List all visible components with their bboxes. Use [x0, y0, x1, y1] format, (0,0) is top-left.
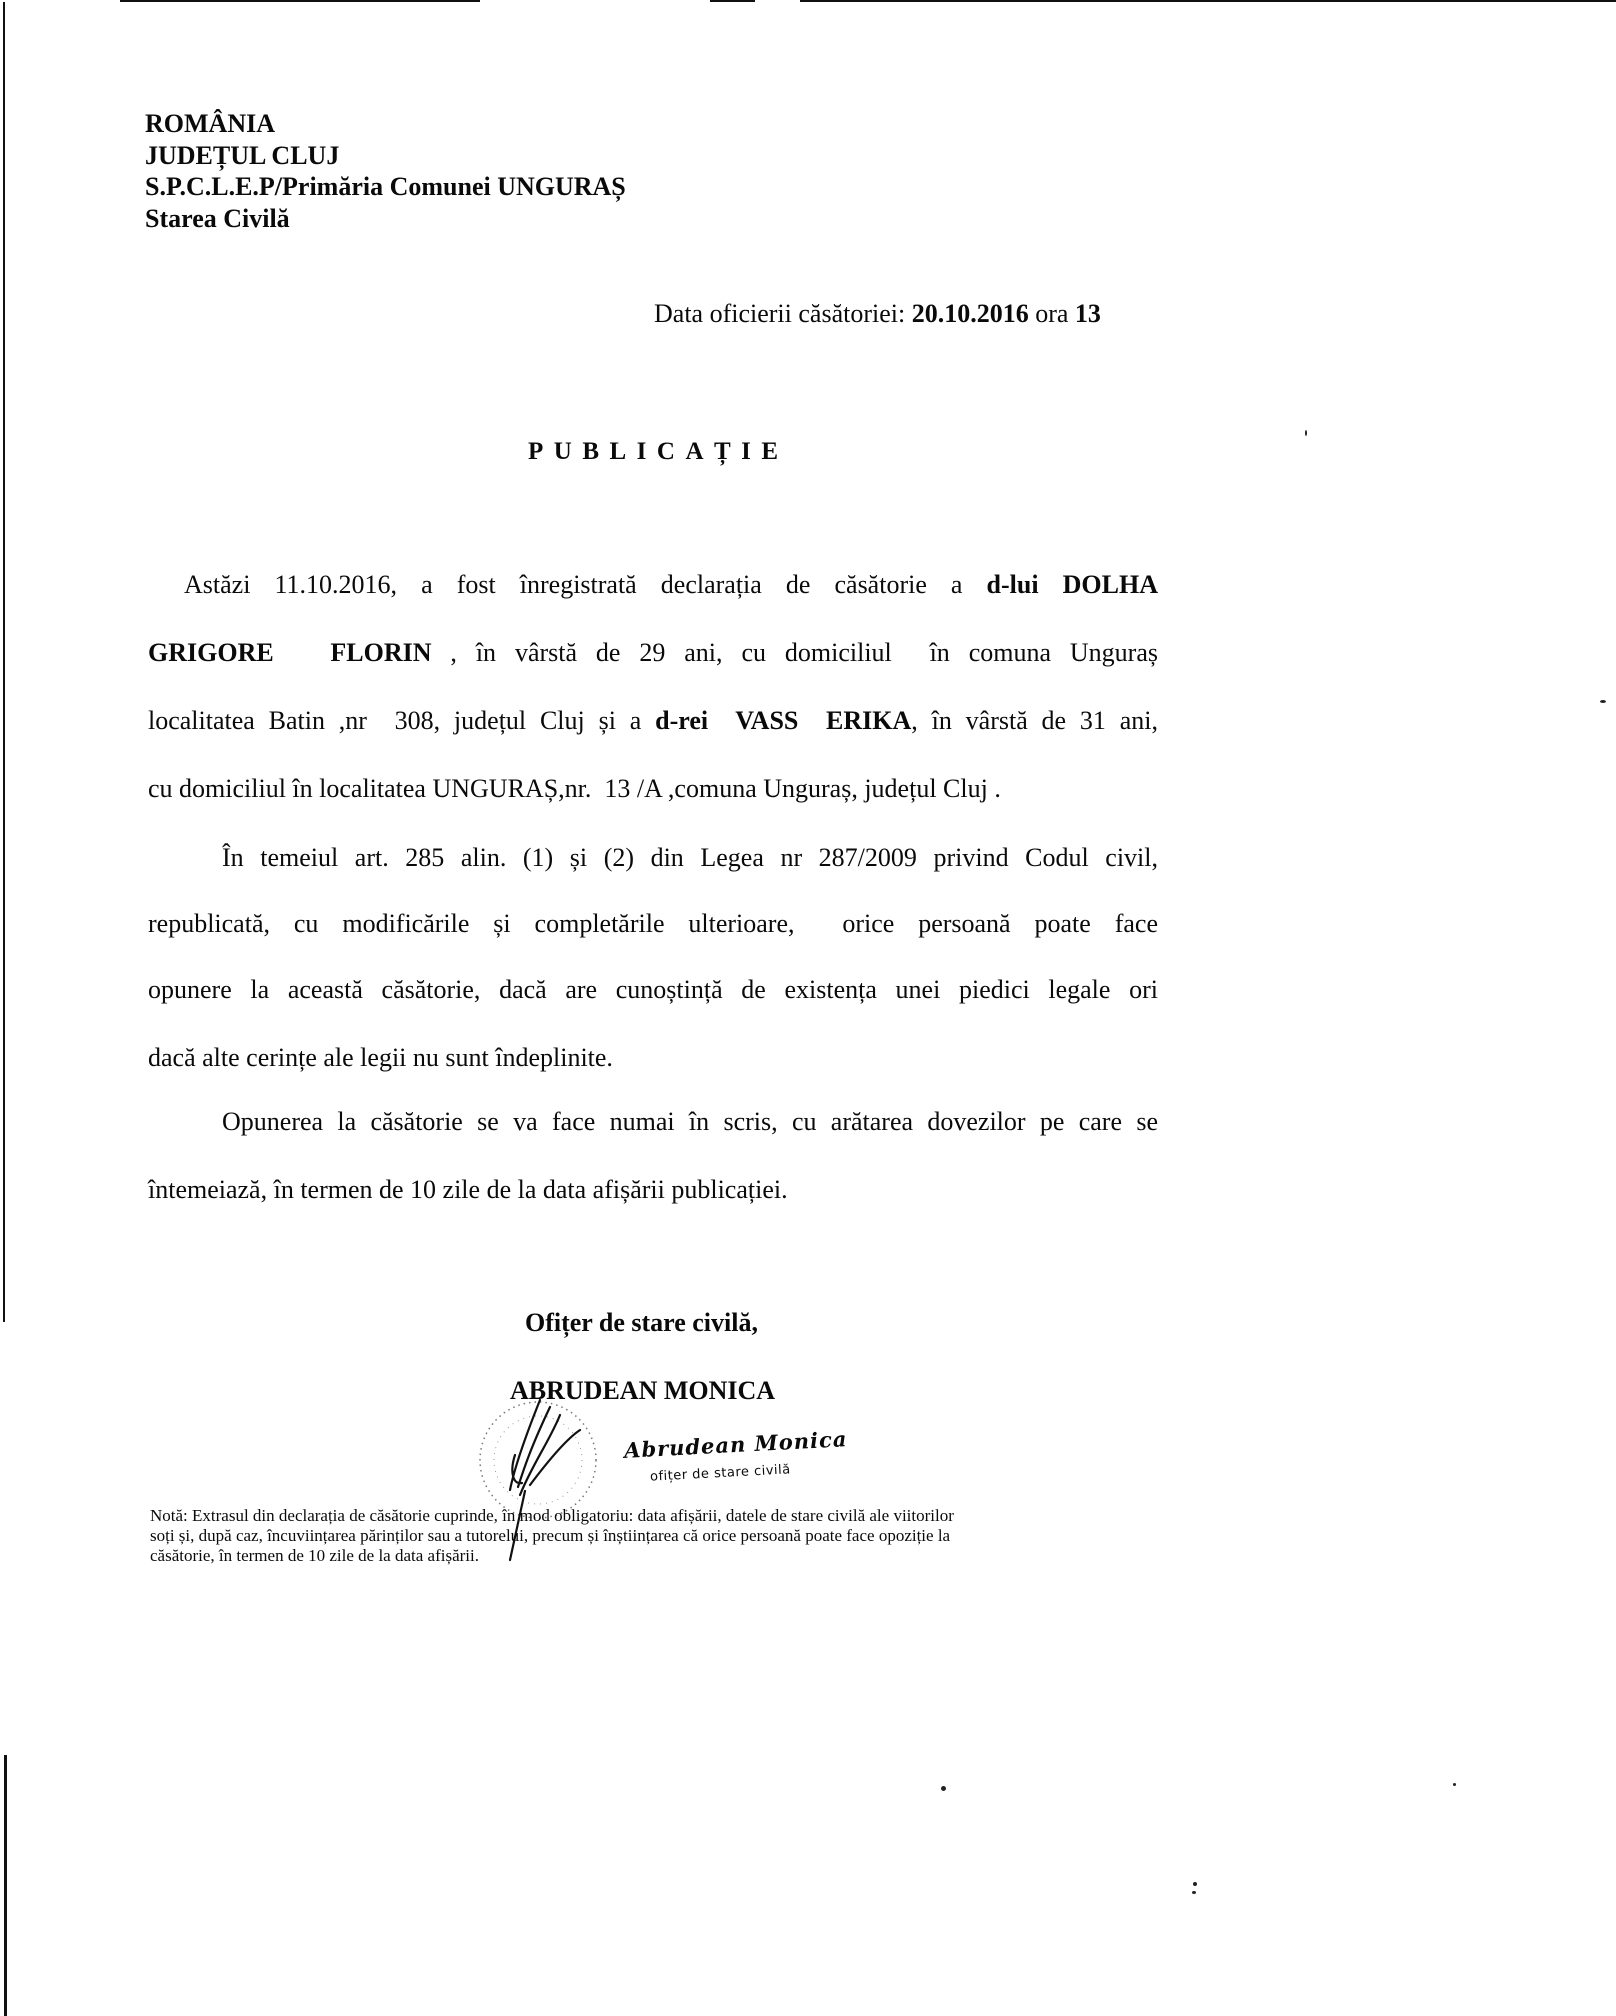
opposition-text-2: întemeiază, în termen de 10 zile de la d… [148, 1175, 788, 1204]
declaration-line-4: cu domiciliul în localitatea UNGURAȘ,nr.… [148, 774, 1158, 804]
scan-edge-top-2 [710, 0, 755, 2]
scan-speck [1600, 700, 1606, 703]
declaration-line-3: localitatea Batin ,nr 308, județul Cluj … [148, 706, 1158, 736]
legal-basis-line-3: opunere la această căsătorie, dacă are c… [148, 975, 1158, 1005]
scan-speck [1305, 430, 1307, 436]
scan-edge-top-3 [800, 0, 1616, 2]
ceremony-hour: 13 [1075, 299, 1101, 328]
header-county: JUDEȚUL CLUJ [145, 140, 339, 172]
scan-speck [1192, 1891, 1196, 1894]
footnote-line-3: căsătorie, în termen de 10 zile de la da… [150, 1546, 1140, 1566]
groom-name-part1: d-lui DOLHA [987, 570, 1158, 599]
header-authority: S.P.C.L.E.P/Primăria Comunei UNGURAȘ [145, 171, 626, 203]
bride-address: cu domiciliul în localitatea UNGURAȘ,nr.… [148, 774, 1001, 803]
groom-name-part2: GRIGORE FLORIN [148, 638, 432, 667]
groom-details: , în vârstă de 29 ani, cu domiciliul în … [432, 638, 1158, 667]
legal-basis-line-4: dacă alte cerințe ale legii nu sunt înde… [148, 1043, 1158, 1073]
footnote-line-2: soți și, după caz, încuviințarea părinți… [150, 1526, 1140, 1546]
bride-age: , în vârstă de 31 ani, [911, 706, 1158, 735]
declaration-line-2: GRIGORE FLORIN , în vârstă de 29 ani, cu… [148, 638, 1158, 668]
legal-basis-line-2: republicată, cu modificările și completă… [148, 909, 1158, 939]
footnote-line-1: Notă: Extrasul din declarația de căsător… [150, 1506, 1140, 1526]
ceremony-date: 20.10.2016 [912, 299, 1029, 328]
legal-basis-text-4: dacă alte cerințe ale legii nu sunt înde… [148, 1043, 613, 1072]
footnote: Notă: Extrasul din declarația de căsător… [150, 1506, 1140, 1566]
officer-title: Ofițer de stare civilă, [525, 1308, 758, 1338]
opposition-line-2: întemeiază, în termen de 10 zile de la d… [148, 1175, 1158, 1205]
ceremony-hour-label: ora [1029, 299, 1075, 328]
stamp-role: ofițer de stare civilă [650, 1462, 791, 1484]
header-country: ROMÂNIA [145, 108, 275, 140]
scan-speck [941, 1786, 946, 1791]
opposition-text-1: Opunerea la căsătorie se va face numai î… [222, 1107, 1158, 1136]
declaration-line-1: Astăzi 11.10.2016, a fost înregistrată d… [148, 570, 1158, 600]
scan-edge-left-upper [3, 2, 5, 1322]
scan-speck [1453, 1783, 1456, 1786]
declaration-intro: Astăzi 11.10.2016, a fost înregistrată d… [184, 570, 987, 599]
groom-address: localitatea Batin ,nr 308, județul Cluj … [148, 706, 655, 735]
opposition-line-1: Opunerea la căsătorie se va face numai î… [148, 1107, 1158, 1137]
ceremony-date-line: Data oficierii căsătoriei: 20.10.2016 or… [654, 299, 1101, 329]
legal-basis-text-2: republicată, cu modificările și completă… [148, 909, 1158, 938]
scan-speck [1193, 1882, 1197, 1886]
scan-edge-top-1 [120, 0, 480, 2]
ceremony-label: Data oficierii căsătoriei: [654, 299, 912, 328]
header-department: Starea Civilă [145, 203, 290, 235]
scan-edge-left-lower [4, 1755, 7, 2016]
legal-basis-text-3: opunere la această căsătorie, dacă are c… [148, 975, 1158, 1004]
bride-name: d-rei VASS ERIKA [655, 706, 911, 735]
document-title: PUBLICAȚIE [528, 438, 789, 466]
legal-basis-text-1: În temeiul art. 285 alin. (1) și (2) din… [222, 843, 1158, 872]
legal-basis-line-1: În temeiul art. 285 alin. (1) și (2) din… [148, 843, 1158, 873]
